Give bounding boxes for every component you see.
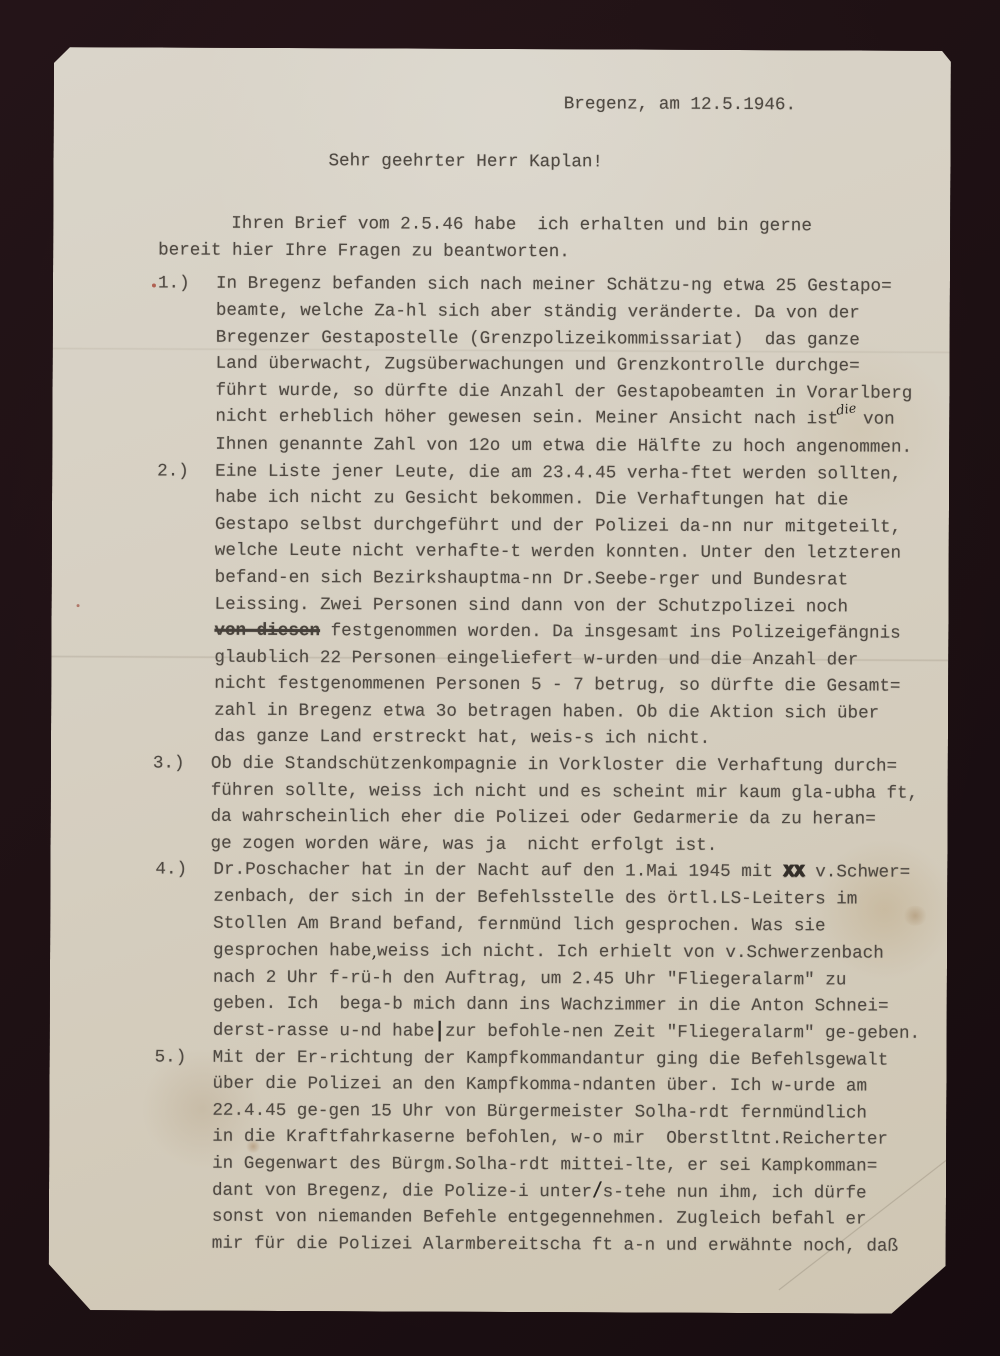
text-line: Eine Liste jener Leute, die am 23.4.45 v… (215, 458, 949, 488)
typed-text: das ganze Land erstreckt hat, weis-s ich… (214, 727, 710, 749)
list-item: 1.)In Bregenz befanden sich nach meiner … (157, 271, 950, 462)
typed-text: s-tehe nun ihm, ich dürfe (603, 1182, 867, 1203)
item-number: 5.) (155, 1044, 213, 1071)
typed-text: welche Leute nicht verhafte-t werden kon… (215, 541, 901, 564)
item-number: 4.) (155, 857, 213, 884)
intro-paragraph: Ihren Brief vom 2.5.46 habe ich erhalten… (158, 211, 950, 268)
text-line: zenbach, der sich in der Befehlsstelle d… (213, 884, 947, 914)
text-line: Gestapo selbst durchgeführt und der Poli… (215, 511, 949, 541)
text-line: von diesen festgenommen worden. Da insge… (214, 618, 948, 648)
text-line: glaublich 22 Personen eingeliefert w-urd… (214, 644, 948, 674)
salutation: Sehr geehrter Herr Kaplan! (328, 148, 950, 177)
typed-text: da wahrscheinlich eher die Polizei oder … (211, 807, 876, 830)
typed-text: Ihnen genannte Zahl von 12o um etwa die … (215, 435, 912, 458)
text-line: geben. Ich bega-b mich dann ins Wachzimm… (213, 991, 947, 1021)
item-text: Eine Liste jener Leute, die am 23.4.45 v… (214, 458, 949, 754)
text-line: da wahrscheinlich eher die Polizei oder … (211, 804, 948, 834)
typed-text: in die Kraftfahrkaserne befohlen, w-o mi… (212, 1127, 888, 1150)
typed-text: weiss ich nicht. Ich erhielt von v.Schwe… (377, 942, 884, 964)
text-line: Ob die Standschützenkompagnie in Vorklos… (211, 751, 948, 781)
typed-text: Land überwacht, Zugsüberwachungen und Gr… (216, 354, 860, 377)
text-line: Leissing. Zwei Personen sind dann von de… (215, 591, 949, 621)
text-line: gesprochen habe,weiss ich nicht. Ich erh… (213, 937, 947, 968)
typed-text: glaublich 22 Personen eingeliefert w-urd… (214, 647, 858, 670)
list-item: 4.)Dr.Poschacher hat in der Nacht auf de… (155, 857, 948, 1048)
typed-text: führen sollte, weiss ich nicht und es sc… (211, 780, 918, 803)
item-number: 1.) (158, 271, 216, 298)
struck-text: von diesen (214, 621, 320, 641)
list-item: 5.)Mit der Er-richtung der Kampfkommanda… (154, 1044, 947, 1260)
item-text: Ob die Standschützenkompagnie in Vorklos… (210, 751, 947, 861)
text-line: Land überwacht, Zugsüberwachungen und Gr… (216, 351, 950, 381)
typed-text: zahl in Bregenz etwa 3o betragen haben. … (214, 701, 879, 724)
text-line: in die Kraftfahrkaserne befohlen, w-o mi… (212, 1124, 946, 1154)
typed-text: gesprochen habe (213, 941, 371, 962)
typed-text: Bregenzer Gestapostelle (Grenzpolizeikom… (216, 327, 860, 350)
text-line: In Bregenz befanden sich nach meiner Sch… (216, 271, 950, 301)
typed-text: dant von Bregenz, die Polize-i unter (212, 1180, 592, 1202)
typed-text: Stollen Am Brand befand, fernmünd lich g… (213, 913, 825, 936)
text-line: Dr.Poschacher hat in der Nacht auf den 1… (213, 857, 947, 887)
typed-text: in Gegenwart des Bürgm.Solha-rdt mittei-… (212, 1154, 877, 1177)
text-line: Bregenzer Gestapostelle (Grenzpolizeikom… (216, 324, 950, 354)
text-line: derst-rasse u-nd habe|zur befohle-nen Ze… (213, 1018, 947, 1048)
letter-page: Bregenz, am 12.5.1946. Sehr geehrter Her… (48, 47, 951, 1314)
typed-text: zur befohle-nen Zeit "Fliegeralarm" ge-g… (445, 1022, 920, 1044)
item-text: Dr.Poschacher hat in der Nacht auf den 1… (213, 857, 948, 1047)
typed-text: führt wurde, so dürfte die Anzahl der Ge… (215, 380, 912, 403)
item-number: 2.) (157, 458, 215, 485)
text-line: ge zogen worden wäre, was ja nicht erfol… (210, 831, 947, 861)
typed-text: beamte, welche Za-hl sich aber ständig v… (216, 301, 860, 324)
typed-text: derst-rasse u-nd habe (213, 1021, 435, 1042)
typed-text: Ob die Standschützenkompagnie in Vorklos… (211, 754, 897, 777)
typed-text: habe ich nicht zu Gesicht bekommen. Die … (215, 488, 849, 511)
text-line: Stollen Am Brand befand, fernmünd lich g… (213, 910, 947, 940)
numbered-list: 1.)In Bregenz befanden sich nach meiner … (154, 271, 950, 1260)
typed-text: 22.4.45 ge-gen 15 Uhr von Bürgermeister … (212, 1100, 867, 1123)
text-line: befand-en sich Bezirkshauptma-nn Dr.Seeb… (215, 565, 949, 595)
typed-text: nicht erheblich höher gewesen sein. Mein… (215, 407, 838, 430)
text-line: sonst von niemanden Befehle entgegennehm… (212, 1204, 946, 1234)
handwritten-mark: XX (784, 863, 805, 883)
text-line: Ihnen genannte Zahl von 12o um etwa die … (215, 432, 949, 462)
text-line: über die Polizei an den Kampfkomma-ndant… (212, 1071, 946, 1101)
typed-text: von (852, 410, 894, 430)
text-line: zahl in Bregenz etwa 3o betragen haben. … (214, 698, 948, 728)
typed-text: In Bregenz befanden sich nach meiner Sch… (216, 274, 892, 297)
text-line: Mit der Er-richtung der Kampfkommandantu… (213, 1044, 947, 1074)
typed-text: Leissing. Zwei Personen sind dann von de… (215, 594, 849, 617)
typed-text: Eine Liste jener Leute, die am 23.4.45 v… (215, 461, 901, 484)
text-line: in Gegenwart des Bürgm.Solha-rdt mittei-… (212, 1151, 946, 1181)
text-line: habe ich nicht zu Gesicht bekommen. Die … (215, 485, 949, 515)
typed-text: festgenommen worden. Da insgesamt ins Po… (320, 621, 901, 644)
typed-text: zenbach, der sich in der Befehlsstelle d… (213, 887, 857, 910)
text-line: nach 2 Uhr f-rü-h den Auftrag, um 2.45 U… (213, 965, 947, 995)
text-line: dant von Bregenz, die Polize-i unter/s-t… (212, 1177, 946, 1207)
text-line: welche Leute nicht verhafte-t werden kon… (215, 538, 949, 568)
text-line: nicht festgenommenen Personen 5 - 7 betr… (214, 671, 948, 701)
text-line: bereit hier Ihre Fragen zu beantworten. (158, 237, 950, 267)
list-item: 3.)Ob die Standschützenkompagnie in Vork… (155, 751, 947, 861)
item-number: 3.) (153, 751, 211, 778)
handwritten-mark: | (434, 1015, 445, 1048)
typed-text: Mit der Er-richtung der Kampfkommandantu… (213, 1047, 889, 1070)
handwritten-mark: , (371, 943, 377, 963)
item-text: In Bregenz befanden sich nach meiner Sch… (215, 271, 950, 461)
text-line: mir für die Polizei Alarmbereitscha ft a… (212, 1230, 946, 1260)
typed-text: bereit hier Ihre Fragen zu beantworten. (158, 240, 570, 262)
typed-text: Dr.Poschacher hat in der Nacht auf den 1… (213, 860, 783, 882)
text-line: Ihren Brief vom 2.5.46 habe ich erhalten… (158, 211, 950, 241)
date-line: Bregenz, am 12.5.1946. (564, 91, 951, 119)
typed-text: ge zogen worden wäre, was ja nicht erfol… (210, 834, 717, 856)
letter-content: Bregenz, am 12.5.1946. Sehr geehrter Her… (48, 47, 951, 1314)
typed-text: über die Polizei an den Kampfkomma-ndant… (212, 1074, 867, 1097)
typed-text: geben. Ich bega-b mich dann ins Wachzimm… (213, 994, 889, 1017)
text-line: führen sollte, weiss ich nicht und es sc… (211, 777, 948, 807)
text-line: nicht erheblich höher gewesen sein. Mein… (215, 404, 949, 435)
handwritten-mark: die (835, 397, 859, 426)
list-item: 2.)Eine Liste jener Leute, die am 23.4.4… (156, 458, 949, 754)
typed-text: nicht festgenommenen Personen 5 - 7 betr… (214, 674, 900, 697)
typed-text: v.Schwer= (805, 863, 911, 883)
text-line: beamte, welche Za-hl sich aber ständig v… (216, 298, 950, 328)
text-line: das ganze Land erstreckt hat, weis-s ich… (214, 724, 948, 754)
handwritten-mark: / (592, 1176, 603, 1209)
typed-text: Gestapo selbst durchgeführt und der Poli… (215, 514, 901, 537)
text-line: 22.4.45 ge-gen 15 Uhr von Bürgermeister … (212, 1097, 946, 1127)
typed-text: Ihren Brief vom 2.5.46 habe ich erhalten… (231, 214, 812, 237)
typed-text: sonst von niemanden Befehle entgegennehm… (212, 1207, 867, 1230)
typed-text: befand-en sich Bezirkshauptma-nn Dr.Seeb… (215, 568, 849, 591)
typed-text: nach 2 Uhr f-rü-h den Auftrag, um 2.45 U… (213, 968, 847, 991)
item-text: Mit der Er-richtung der Kampfkommandantu… (212, 1044, 947, 1260)
typed-text: mir für die Polizei Alarmbereitscha ft a… (212, 1233, 898, 1256)
